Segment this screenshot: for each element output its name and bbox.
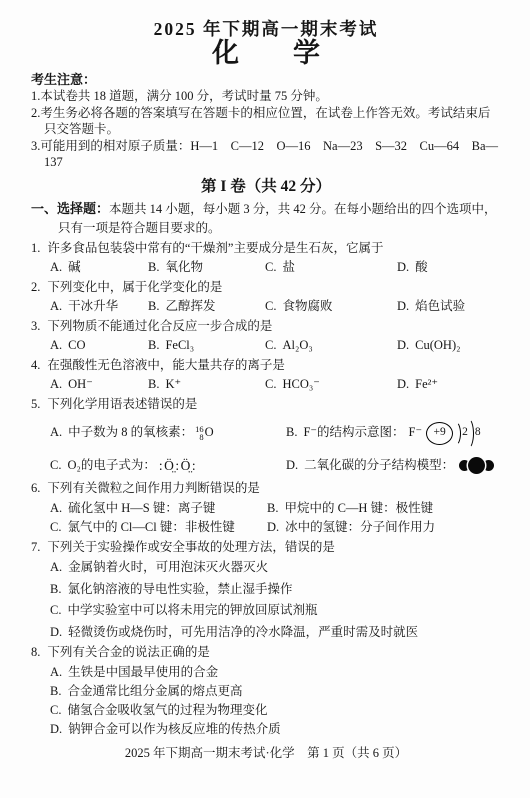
option-letter: A. xyxy=(50,377,62,391)
option-text: 中学实验室中可以将未用完的钾放回原试剂瓶 xyxy=(67,603,317,617)
option-letter: C. xyxy=(50,603,61,617)
option-text: CO xyxy=(68,338,85,352)
question-3: 3.下列物质不能通过化合反应一步合成的是 A.CO B.FeCl₃ C.Al₂O… xyxy=(31,317,501,356)
atomic-number: 8 xyxy=(199,433,203,441)
option-c: C.储氢合金吸收氢气的过程为物理变化 xyxy=(50,701,501,720)
option-letter: C. xyxy=(265,299,276,313)
option-letter: A. xyxy=(50,423,62,443)
option-letter: D. xyxy=(267,520,279,534)
option-text: 合金通常比组分金属的熔点更高 xyxy=(67,684,242,698)
question-6-options: A.硫化氢中 H—S 键：离子键 B.甲烷中的 C—H 键：极性键 C.氯气中的… xyxy=(50,499,501,538)
notice-item-3: 3.可能用到的相对原子质量：H—1 C—12 O—16 Na—23 S—32 C… xyxy=(31,138,501,171)
question-text: 许多食品包装袋中常有的“干燥剂”主要成分是生石灰，它属于 xyxy=(47,241,383,255)
option-letter: C. xyxy=(265,377,276,391)
option-letter: D. xyxy=(50,625,62,639)
question-8: 8.下列有关合金的说法正确的是 A.生铁是中国最早使用的合金 B.合金通常比组分… xyxy=(31,643,501,739)
electron-shell-arc xyxy=(449,421,461,446)
option-text: 干冰升华 xyxy=(68,299,118,313)
electron-dot-formula: :Ö̤:Ö̤: xyxy=(159,456,197,476)
option-letter: D. xyxy=(397,299,409,313)
question-number: 2. xyxy=(31,278,40,298)
option-text: 盐 xyxy=(282,260,295,274)
option-a: A.中子数为 8 的氧核素：168O xyxy=(50,414,286,452)
ion-symbol: F⁻ xyxy=(409,423,423,443)
option-letter: A. xyxy=(50,299,62,313)
option-b: B.氧化物 xyxy=(148,258,265,278)
option-c: C.HCO₃⁻ xyxy=(265,375,397,395)
question-4-stem: 4.在强酸性无色溶液中，能大量共存的离子是 xyxy=(31,356,501,376)
option-letter: D. xyxy=(397,377,409,391)
option-letter: B. xyxy=(148,260,159,274)
option-c: C.食物腐败 xyxy=(265,297,397,317)
option-letter: B. xyxy=(50,582,61,596)
option-text: HCO₃⁻ xyxy=(282,377,319,391)
option-d: D.酸 xyxy=(397,258,501,278)
question-5-stem: 5.下列化学用语表述错误的是 xyxy=(31,395,501,415)
option-text: O₂的电子式为： xyxy=(67,456,155,476)
shell-electron-count: 8 xyxy=(475,423,481,443)
question-8-options: A.生铁是中国最早使用的合金 B.合金通常比组分金属的熔点更高 C.储氢合金吸收… xyxy=(50,663,501,739)
question-number: 6. xyxy=(31,479,40,499)
option-a: A.OH⁻ xyxy=(50,375,148,395)
option-letter: C. xyxy=(265,260,276,274)
question-text: 下列物质不能通过化合反应一步合成的是 xyxy=(47,319,272,333)
option-letter: D. xyxy=(50,722,62,736)
option-b: B.K⁺ xyxy=(148,375,265,395)
option-b: B.合金通常比组分金属的熔点更高 xyxy=(50,682,501,701)
instruction-body: 本题共 14 小题，每小题 3 分，共 42 分。在每小题给出的四个选项中，只有… xyxy=(58,202,497,236)
option-letter: D. xyxy=(286,456,298,476)
option-text: Cu(OH)₂ xyxy=(415,338,460,352)
option-text: 氯气中的 Cl—Cl 键：非极性键 xyxy=(67,520,234,534)
notice-item-1: 1.本试卷共 18 道题，满分 100 分，考试时量 75 分钟。 xyxy=(31,88,501,105)
option-text: Fe²⁺ xyxy=(415,377,438,391)
option-c: C.O₂的电子式为：:Ö̤:Ö̤: xyxy=(50,452,286,479)
notice-heading: 考生注意： xyxy=(31,71,501,88)
isotope-numbers: 168 xyxy=(195,425,204,441)
notice-item-2: 2.考生务必将各题的答案填写在答题卡的相应位置，在试卷上作答无效。考试结束后只交… xyxy=(31,105,501,138)
question-7: 7.下列关于实验操作或安全事故的处理方法，错误的是 A.金属钠着火时，可用泡沫灭… xyxy=(31,538,501,644)
option-letter: D. xyxy=(397,260,409,274)
page-footer: 2025 年下期高一期末考试·化学 第 1 页（共 6 页） xyxy=(31,744,501,764)
question-2: 2.下列变化中，属于化学变化的是 A.干冰升华 B.乙醇挥发 C.食物腐败 D.… xyxy=(31,278,501,317)
option-d: D.焰色试验 xyxy=(397,297,501,317)
option-letter: B. xyxy=(148,377,159,391)
option-d: D.冰中的氢键：分子间作用力 xyxy=(267,518,501,538)
option-text: 冰中的氢键：分子间作用力 xyxy=(285,520,435,534)
option-letter: B. xyxy=(286,423,297,443)
exam-paper-page: 2025 年下期高一期末考试 化 学 考生注意： 1.本试卷共 18 道题，满分… xyxy=(0,0,530,798)
option-text: 储氢合金吸收氢气的过程为物理变化 xyxy=(67,703,267,717)
question-1-options: A.碱 B.氧化物 C.盐 D.酸 xyxy=(50,258,501,278)
option-d: D.钠钾合金可以作为核反应堆的传热介质 xyxy=(50,720,501,739)
question-6-stem: 6.下列有关微粒之间作用力判断错误的是 xyxy=(31,479,501,499)
option-a: A.生铁是中国最早使用的合金 xyxy=(50,663,501,682)
question-8-stem: 8.下列有关合金的说法正确的是 xyxy=(31,643,501,663)
co2-molecular-model xyxy=(459,457,494,474)
option-letter: C. xyxy=(50,456,61,476)
option-text: 氧化物 xyxy=(165,260,203,274)
option-text: 中子数为 8 的氧核素： xyxy=(68,423,193,443)
option-letter: A. xyxy=(50,260,62,274)
question-text: 下列有关合金的说法正确的是 xyxy=(47,645,210,659)
option-letter: A. xyxy=(50,501,62,515)
option-text: 钠钾合金可以作为核反应堆的传热介质 xyxy=(68,722,281,736)
option-text: OH⁻ xyxy=(68,377,93,391)
option-d: D.二氧化碳的分子结构模型： xyxy=(286,452,501,479)
option-b: B.甲烷中的 C—H 键：极性键 xyxy=(267,499,501,519)
question-4-options: A.OH⁻ B.K⁺ C.HCO₃⁻ D.Fe²⁺ xyxy=(50,375,501,395)
option-letter: C. xyxy=(50,703,61,717)
option-letter: B. xyxy=(148,299,159,313)
option-a: A.碱 xyxy=(50,258,148,278)
carbon-atom-ball xyxy=(468,457,485,474)
option-c: C.Al₂O₃ xyxy=(265,336,397,356)
option-text: FeCl₃ xyxy=(165,338,194,352)
question-3-options: A.CO B.FeCl₃ C.Al₂O₃ D.Cu(OH)₂ xyxy=(50,336,501,356)
subject-title: 化 学 xyxy=(31,44,501,64)
question-3-stem: 3.下列物质不能通过化合反应一步合成的是 xyxy=(31,317,501,337)
electron-shell-arc xyxy=(462,418,474,449)
option-text: 碱 xyxy=(68,260,81,274)
section-title: 第 I 卷（共 42 分） xyxy=(31,175,501,199)
question-2-stem: 2.下列变化中，属于化学变化的是 xyxy=(31,278,501,298)
option-text: K⁺ xyxy=(165,377,181,391)
option-letter: C. xyxy=(265,338,276,352)
option-d: D.轻微烫伤或烧伤时，可先用洁净的冷水降温，严重时需及时就医 xyxy=(50,622,501,644)
option-b: B.FeCl₃ xyxy=(148,336,265,356)
question-1-stem: 1.许多食品包装袋中常有的“干燥剂”主要成分是生石灰，它属于 xyxy=(31,239,501,259)
option-text: 焰色试验 xyxy=(415,299,465,313)
question-7-options: A.金属钠着火时，可用泡沫灭火器灭火 B.氯化钠溶液的导电性实验，禁止湿手操作 … xyxy=(50,557,501,643)
option-c: C.盐 xyxy=(265,258,397,278)
option-b: B.氯化钠溶液的导电性实验，禁止湿手操作 xyxy=(50,579,501,601)
option-letter: B. xyxy=(148,338,159,352)
option-d: D.Fe²⁺ xyxy=(397,375,501,395)
option-text: 食物腐败 xyxy=(282,299,332,313)
question-6: 6.下列有关微粒之间作用力判断错误的是 A.硫化氢中 H—S 键：离子键 B.甲… xyxy=(31,479,501,538)
question-1: 1.许多食品包装袋中常有的“干燥剂”主要成分是生石灰，它属于 A.碱 B.氧化物… xyxy=(31,239,501,278)
exam-title: 2025 年下期高一期末考试 xyxy=(31,20,501,40)
option-letter: A. xyxy=(50,338,62,352)
isotope-notation: 168O xyxy=(195,423,214,443)
question-text: 下列有关微粒之间作用力判断错误的是 xyxy=(47,481,260,495)
option-letter: D. xyxy=(397,338,409,352)
option-b: B.乙醇挥发 xyxy=(148,297,265,317)
option-letter: B. xyxy=(267,501,278,515)
option-text: 硫化氢中 H—S 键：离子键 xyxy=(68,501,215,515)
question-5-options: A.中子数为 8 的氧核素：168O B.F⁻的结构示意图： F⁻ +9 2 8… xyxy=(50,414,501,479)
question-number: 4. xyxy=(31,356,40,376)
candidate-notice: 考生注意： 1.本试卷共 18 道题，满分 100 分，考试时量 75 分钟。 … xyxy=(31,71,501,171)
option-a: A.硫化氢中 H—S 键：离子键 xyxy=(50,499,267,519)
option-b: B.F⁻的结构示意图： F⁻ +9 2 8 xyxy=(286,414,501,452)
option-text: 酸 xyxy=(415,260,428,274)
question-5: 5.下列化学用语表述错误的是 A.中子数为 8 的氧核素：168O B.F⁻的结… xyxy=(31,395,501,480)
section-instruction: 一、选择题：本题共 14 小题，每小题 3 分，共 42 分。在每小题给出的四个… xyxy=(31,199,501,239)
question-text: 下列关于实验操作或安全事故的处理方法，错误的是 xyxy=(47,540,335,554)
question-number: 5. xyxy=(31,395,40,415)
option-text: 乙醇挥发 xyxy=(165,299,215,313)
option-a: A.金属钠着火时，可用泡沫灭火器灭火 xyxy=(50,557,501,579)
option-text: 生铁是中国最早使用的合金 xyxy=(68,665,218,679)
option-d: D.Cu(OH)₂ xyxy=(397,336,501,356)
option-a: A.干冰升华 xyxy=(50,297,148,317)
question-number: 1. xyxy=(31,239,40,259)
option-text: 二氧化碳的分子结构模型： xyxy=(304,456,454,476)
option-letter: A. xyxy=(50,665,62,679)
question-text: 下列变化中，属于化学变化的是 xyxy=(47,280,222,294)
instruction-lead: 一、选择题： xyxy=(31,201,109,216)
page-content: 2025 年下期高一期末考试 化 学 考生注意： 1.本试卷共 18 道题，满分… xyxy=(0,0,530,763)
option-text: Al₂O₃ xyxy=(282,338,312,352)
option-text: 金属钠着火时，可用泡沫灭火器灭火 xyxy=(68,560,268,574)
option-text: 氯化钠溶液的导电性实验，禁止湿手操作 xyxy=(67,582,292,596)
option-c: C.中学实验室中可以将未用完的钾放回原试剂瓶 xyxy=(50,600,501,622)
option-letter: A. xyxy=(50,560,62,574)
option-letter: B. xyxy=(50,684,61,698)
question-2-options: A.干冰升华 B.乙醇挥发 C.食物腐败 D.焰色试验 xyxy=(50,297,501,317)
question-text: 下列化学用语表述错误的是 xyxy=(47,397,197,411)
question-number: 3. xyxy=(31,317,40,337)
question-4: 4.在强酸性无色溶液中，能大量共存的离子是 A.OH⁻ B.K⁺ C.HCO₃⁻… xyxy=(31,356,501,395)
option-text: 轻微烫伤或烧伤时，可先用洁净的冷水降温，严重时需及时就医 xyxy=(68,625,418,639)
question-text: 在强酸性无色溶液中，能大量共存的离子是 xyxy=(47,358,285,372)
question-number: 8. xyxy=(31,643,40,663)
element-symbol: O xyxy=(205,423,214,443)
option-text: 甲烷中的 C—H 键：极性键 xyxy=(284,501,433,515)
option-c: C.氯气中的 Cl—Cl 键：非极性键 xyxy=(50,518,267,538)
ion-structure-diagram: F⁻ +9 2 8 xyxy=(409,418,482,449)
option-a: A.CO xyxy=(50,336,148,356)
question-number: 7. xyxy=(31,538,40,558)
option-letter: C. xyxy=(50,520,61,534)
option-text: F⁻的结构示意图： xyxy=(303,423,404,443)
question-7-stem: 7.下列关于实验操作或安全事故的处理方法，错误的是 xyxy=(31,538,501,558)
